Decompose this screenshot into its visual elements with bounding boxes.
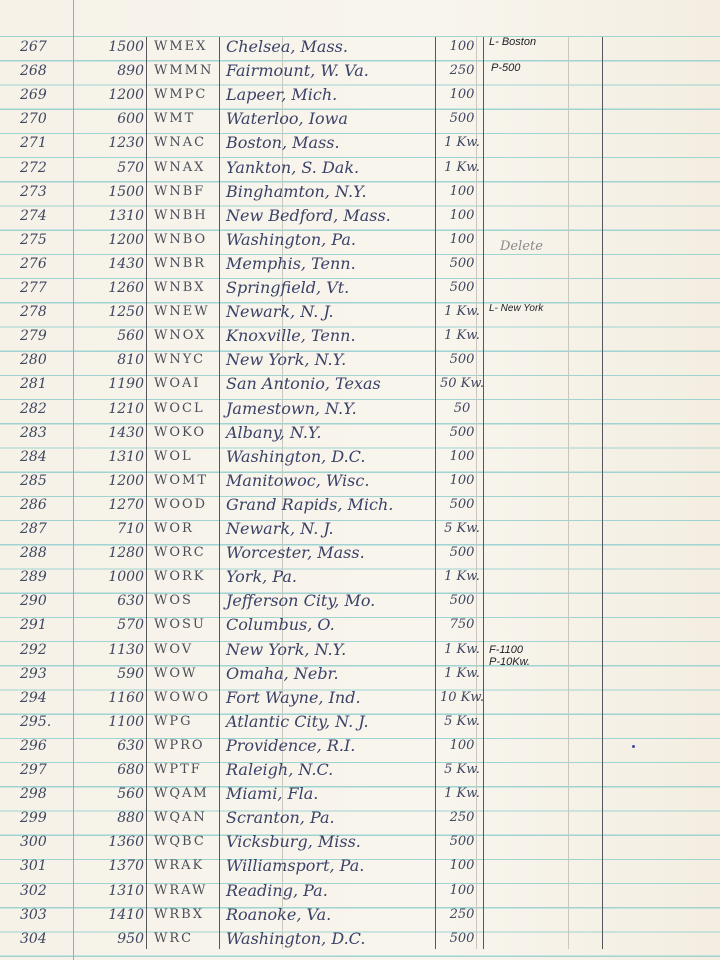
call-sign: WOOD [154,492,218,516]
entry-number: 298 [20,781,70,805]
call-sign: WOV [154,637,218,661]
frequency: 1210 [86,396,144,420]
power: 100 [436,203,488,227]
call-sign: WOKO [154,420,218,444]
note-wnbo: Delete [500,239,543,254]
table-row: 298560WQAMMiami, Fla.1 Kw. [0,781,720,805]
power: 500 [436,926,488,950]
power: 500 [436,420,488,444]
frequency: 1100 [86,709,144,733]
table-row: 3001360WQBCVicksburg, Miss.500 [0,829,720,853]
entry-number: 267 [20,34,70,58]
entry-number: 290 [20,588,70,612]
call-sign: WPTF [154,757,218,781]
note-wmmn: P-500 [491,62,520,74]
table-row: 293590WOWOmaha, Nebr.1 Kw. [0,661,720,685]
call-sign: WOWO [154,685,218,709]
call-sign: WMMN [154,58,218,82]
table-row: 297680WPTFRaleigh, N.C.5 Kw. [0,757,720,781]
table-row: 2711230WNACBoston, Mass.1 Kw. [0,130,720,154]
ink-dot [632,745,635,748]
entry-number: 270 [20,106,70,130]
entry-number: 297 [20,757,70,781]
power: 100 [436,468,488,492]
city-state: Vicksburg, Miss. [226,829,436,853]
entry-number: 302 [20,878,70,902]
table-row: 2811190WOAISan Antonio, Texas50 Kw. [0,371,720,395]
frequency: 570 [86,612,144,636]
table-row: 287710WORNewark, N. J.5 Kw. [0,516,720,540]
city-state: Worcester, Mass. [226,540,436,564]
power: 100 [436,82,488,106]
call-sign: WRAW [154,878,218,902]
entry-number: 288 [20,540,70,564]
call-sign: WNYC [154,347,218,371]
frequency: 1360 [86,829,144,853]
frequency: 1000 [86,564,144,588]
call-sign: WNBX [154,275,218,299]
power: 500 [436,829,488,853]
table-row: 2941160WOWOFort Wayne, Ind.10 Kw. [0,685,720,709]
table-row: 2781250WNEWNewark, N. J.1 Kw. [0,299,720,323]
power: 500 [436,347,488,371]
city-state: Springfield, Vt. [226,275,436,299]
table-row: 3021310WRAWReading, Pa.100 [0,878,720,902]
note-wov-frequency: F-1100 [489,644,523,656]
call-sign: WQBC [154,829,218,853]
call-sign: WNOX [154,323,218,347]
table-row: 2841310WOLWashington, D.C.100 [0,444,720,468]
entry-number: 278 [20,299,70,323]
power: 500 [436,106,488,130]
frequency: 1370 [86,853,144,877]
call-sign: WOR [154,516,218,540]
call-sign: WMPC [154,82,218,106]
entry-number: 274 [20,203,70,227]
table-row: 2671500WMEXChelsea, Mass.100 [0,34,720,58]
city-state: New Bedford, Mass. [226,203,436,227]
call-sign: WNBF [154,179,218,203]
table-row: 2881280WORCWorcester, Mass.500 [0,540,720,564]
call-sign: WMEX [154,34,218,58]
table-row: 2691200WMPCLapeer, Mich.100 [0,82,720,106]
frequency: 810 [86,347,144,371]
entry-number: 284 [20,444,70,468]
frequency: 570 [86,155,144,179]
frequency: 1280 [86,540,144,564]
ledger-page: 2671500WMEXChelsea, Mass.100268890WMMNFa… [0,0,720,960]
frequency: 1310 [86,203,144,227]
table-row: 295.1100WPGAtlantic City, N. J.5 Kw. [0,709,720,733]
power: 100 [436,853,488,877]
power: 1 Kw. [436,564,488,588]
power: 500 [436,588,488,612]
frequency: 600 [86,106,144,130]
city-state: Newark, N. J. [226,299,436,323]
frequency: 1200 [86,468,144,492]
table-row: 2751200WNBOWashington, Pa.100 [0,227,720,251]
frequency: 560 [86,781,144,805]
city-state: Binghamton, N.Y. [226,179,436,203]
power: 5 Kw. [436,757,488,781]
call-sign: WQAM [154,781,218,805]
city-state: Memphis, Tenn. [226,251,436,275]
table-row: 2731500WNBFBinghamton, N.Y.100 [0,179,720,203]
frequency: 710 [86,516,144,540]
entry-number: 303 [20,902,70,926]
city-state: Knoxville, Tenn. [226,323,436,347]
frequency: 1250 [86,299,144,323]
city-state: Newark, N. J. [226,516,436,540]
city-state: Raleigh, N.C. [226,757,436,781]
power: 10 Kw. [436,685,488,709]
entry-number: 301 [20,853,70,877]
table-row: 272570WNAXYankton, S. Dak.1 Kw. [0,155,720,179]
city-state: Providence, R.I. [226,733,436,757]
power: 250 [436,58,488,82]
frequency: 1130 [86,637,144,661]
frequency: 1230 [86,130,144,154]
note-wov-power: P-10Kw. [489,656,530,668]
frequency: 1200 [86,227,144,251]
power: 1 Kw. [436,781,488,805]
frequency: 560 [86,323,144,347]
call-sign: WOL [154,444,218,468]
table-row: 2831430WOKOAlbany, N.Y.500 [0,420,720,444]
entry-number: 287 [20,516,70,540]
city-state: Jefferson City, Mo. [226,588,436,612]
power: 1 Kw. [436,323,488,347]
call-sign: WOAI [154,371,218,395]
entry-number: 272 [20,155,70,179]
entry-number: 285 [20,468,70,492]
frequency: 590 [86,661,144,685]
frequency: 1310 [86,444,144,468]
power: 500 [436,275,488,299]
call-sign: WOCL [154,396,218,420]
power: 50 Kw. [436,371,488,395]
city-state: Atlantic City, N. J. [226,709,436,733]
call-sign: WNBR [154,251,218,275]
power: 500 [436,251,488,275]
power: 1 Kw. [436,299,488,323]
entry-number: 292 [20,637,70,661]
frequency: 630 [86,588,144,612]
power: 100 [436,733,488,757]
city-state: Washington, D.C. [226,444,436,468]
entry-number: 281 [20,371,70,395]
table-row: 291570WOSUColumbus, O.750 [0,612,720,636]
call-sign: WORC [154,540,218,564]
city-state: New York, N.Y. [226,637,436,661]
table-row: 268890WMMNFairmount, W. Va.250 [0,58,720,82]
city-state: Omaha, Nebr. [226,661,436,685]
table-row: 2861270WOODGrand Rapids, Mich.500 [0,492,720,516]
city-state: San Antonio, Texas [226,371,436,395]
frequency: 880 [86,805,144,829]
entry-number: 300 [20,829,70,853]
note-wmex: L- Boston [489,36,536,48]
city-state: Williamsport, Pa. [226,853,436,877]
entry-number: 269 [20,82,70,106]
frequency: 1160 [86,685,144,709]
entry-number: 283 [20,420,70,444]
entry-number: 271 [20,130,70,154]
frequency: 1500 [86,179,144,203]
table-row: 2891000WORKYork, Pa.1 Kw. [0,564,720,588]
entry-number: 296 [20,733,70,757]
frequency: 1430 [86,251,144,275]
entry-number: 304 [20,926,70,950]
call-sign: WQAN [154,805,218,829]
power: 5 Kw. [436,709,488,733]
call-sign: WRBX [154,902,218,926]
call-sign: WNEW [154,299,218,323]
frequency: 1200 [86,82,144,106]
frequency: 630 [86,733,144,757]
city-state: Manitowoc, Wisc. [226,468,436,492]
frequency: 680 [86,757,144,781]
city-state: Fairmount, W. Va. [226,58,436,82]
call-sign: WRC [154,926,218,950]
city-state: Yankton, S. Dak. [226,155,436,179]
call-sign: WNAC [154,130,218,154]
frequency: 1310 [86,878,144,902]
city-state: Washington, Pa. [226,227,436,251]
city-state: York, Pa. [226,564,436,588]
call-sign: WNBO [154,227,218,251]
call-sign: WPRO [154,733,218,757]
entry-number: 276 [20,251,70,275]
power: 1 Kw. [436,661,488,685]
entry-number: 277 [20,275,70,299]
table-row: 3031410WRBXRoanoke, Va.250 [0,902,720,926]
table-row: 2821210WOCLJamestown, N.Y.50 [0,396,720,420]
power: 500 [436,540,488,564]
entry-number: 280 [20,347,70,371]
city-state: Miami, Fla. [226,781,436,805]
entry-number: 275 [20,227,70,251]
power: 1 Kw. [436,637,488,661]
city-state: Boston, Mass. [226,130,436,154]
frequency: 950 [86,926,144,950]
power: 1 Kw. [436,130,488,154]
frequency: 1270 [86,492,144,516]
power: 500 [436,492,488,516]
table-row: 299880WQANScranton, Pa.250 [0,805,720,829]
entry-number: 299 [20,805,70,829]
call-sign: WOW [154,661,218,685]
power: 750 [436,612,488,636]
table-row: 279560WNOXKnoxville, Tenn.1 Kw. [0,323,720,347]
entry-number: 289 [20,564,70,588]
city-state: Grand Rapids, Mich. [226,492,436,516]
call-sign: WORK [154,564,218,588]
power: 1 Kw. [436,155,488,179]
city-state: Fort Wayne, Ind. [226,685,436,709]
city-state: Scranton, Pa. [226,805,436,829]
table-row: 304950WRCWashington, D.C.500 [0,926,720,950]
frequency: 1260 [86,275,144,299]
table-row: 270600WMTWaterloo, Iowa500 [0,106,720,130]
entry-number: 294 [20,685,70,709]
note-wnew: L- New York [489,303,543,314]
table-row: 3011370WRAKWilliamsport, Pa.100 [0,853,720,877]
city-state: New York, N.Y. [226,347,436,371]
entry-number: 268 [20,58,70,82]
power: 5 Kw. [436,516,488,540]
power: 250 [436,805,488,829]
power: 100 [436,227,488,251]
power: 50 [436,396,488,420]
city-state: Reading, Pa. [226,878,436,902]
call-sign: WOMT [154,468,218,492]
call-sign: WPG [154,709,218,733]
call-sign: WOSU [154,612,218,636]
power: 100 [436,179,488,203]
table-row: 290630WOSJefferson City, Mo.500 [0,588,720,612]
entry-number: 291 [20,612,70,636]
call-sign: WNBH [154,203,218,227]
power: 250 [436,902,488,926]
entry-number: 273 [20,179,70,203]
frequency: 1500 [86,34,144,58]
city-state: Waterloo, Iowa [226,106,436,130]
power: 100 [436,878,488,902]
entry-number: 293 [20,661,70,685]
call-sign: WRAK [154,853,218,877]
frequency: 1190 [86,371,144,395]
entry-number: 279 [20,323,70,347]
city-state: Washington, D.C. [226,926,436,950]
table-row: 2741310WNBHNew Bedford, Mass.100 [0,203,720,227]
power: 100 [436,34,488,58]
city-state: Roanoke, Va. [226,902,436,926]
entry-number: 282 [20,396,70,420]
table-row: 280810WNYCNew York, N.Y.500 [0,347,720,371]
city-state: Columbus, O. [226,612,436,636]
city-state: Albany, N.Y. [226,420,436,444]
frequency: 1430 [86,420,144,444]
table-row: 2771260WNBXSpringfield, Vt.500 [0,275,720,299]
city-state: Jamestown, N.Y. [226,396,436,420]
table-row: 296630WPROProvidence, R.I.100 [0,733,720,757]
power: 100 [436,444,488,468]
call-sign: WMT [154,106,218,130]
entry-number: 295. [20,709,70,733]
frequency: 890 [86,58,144,82]
city-state: Chelsea, Mass. [226,34,436,58]
table-row: 2851200WOMTManitowoc, Wisc.100 [0,468,720,492]
city-state: Lapeer, Mich. [226,82,436,106]
table-row: 2761430WNBRMemphis, Tenn.500 [0,251,720,275]
call-sign: WOS [154,588,218,612]
frequency: 1410 [86,902,144,926]
call-sign: WNAX [154,155,218,179]
table-row: 2921130WOVNew York, N.Y.1 Kw. [0,637,720,661]
entry-number: 286 [20,492,70,516]
